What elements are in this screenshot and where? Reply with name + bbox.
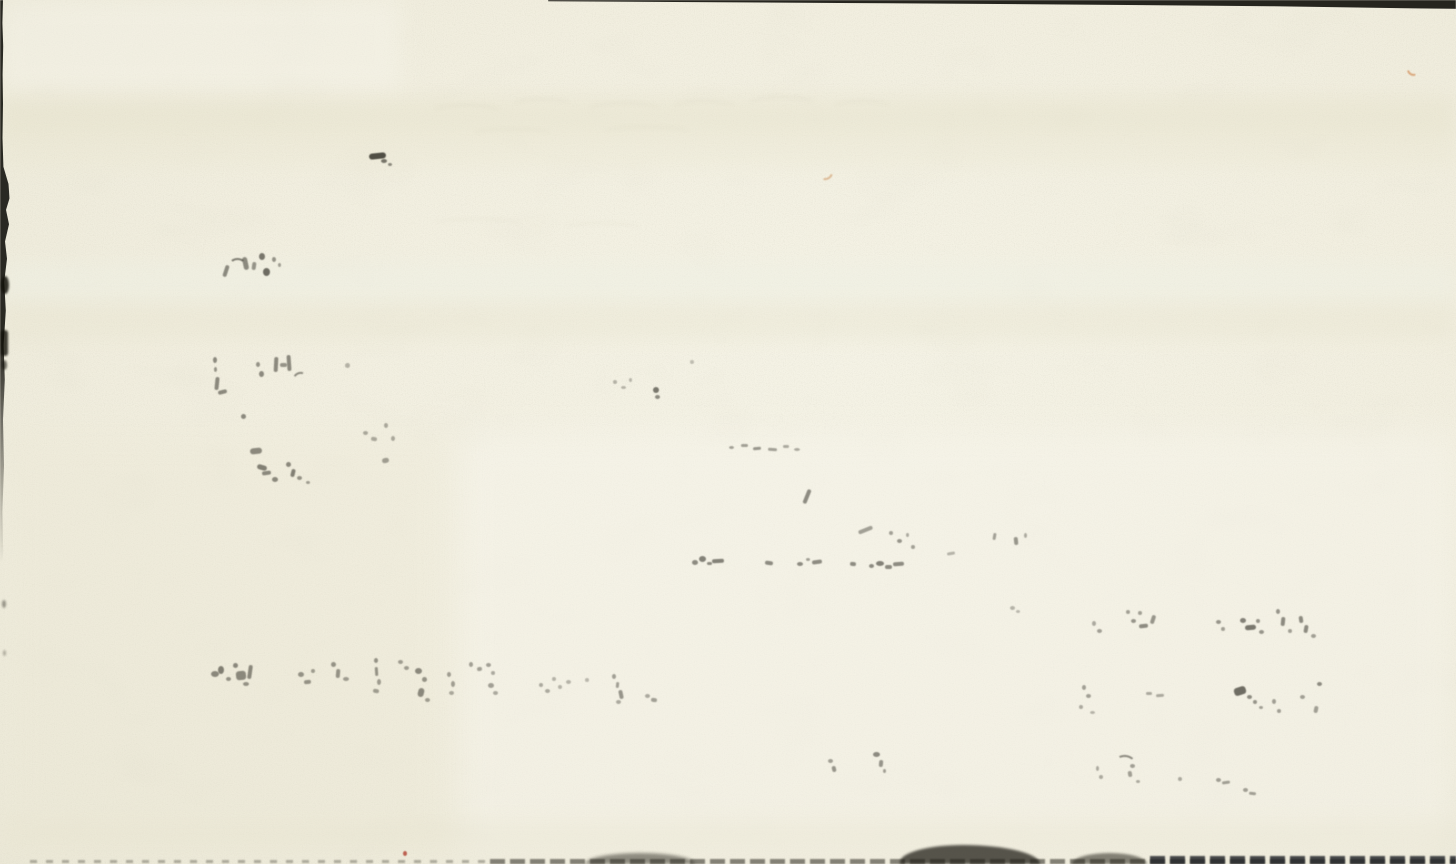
scanned-page: [0, 0, 1456, 864]
paper-grain-texture: [0, 0, 1456, 864]
